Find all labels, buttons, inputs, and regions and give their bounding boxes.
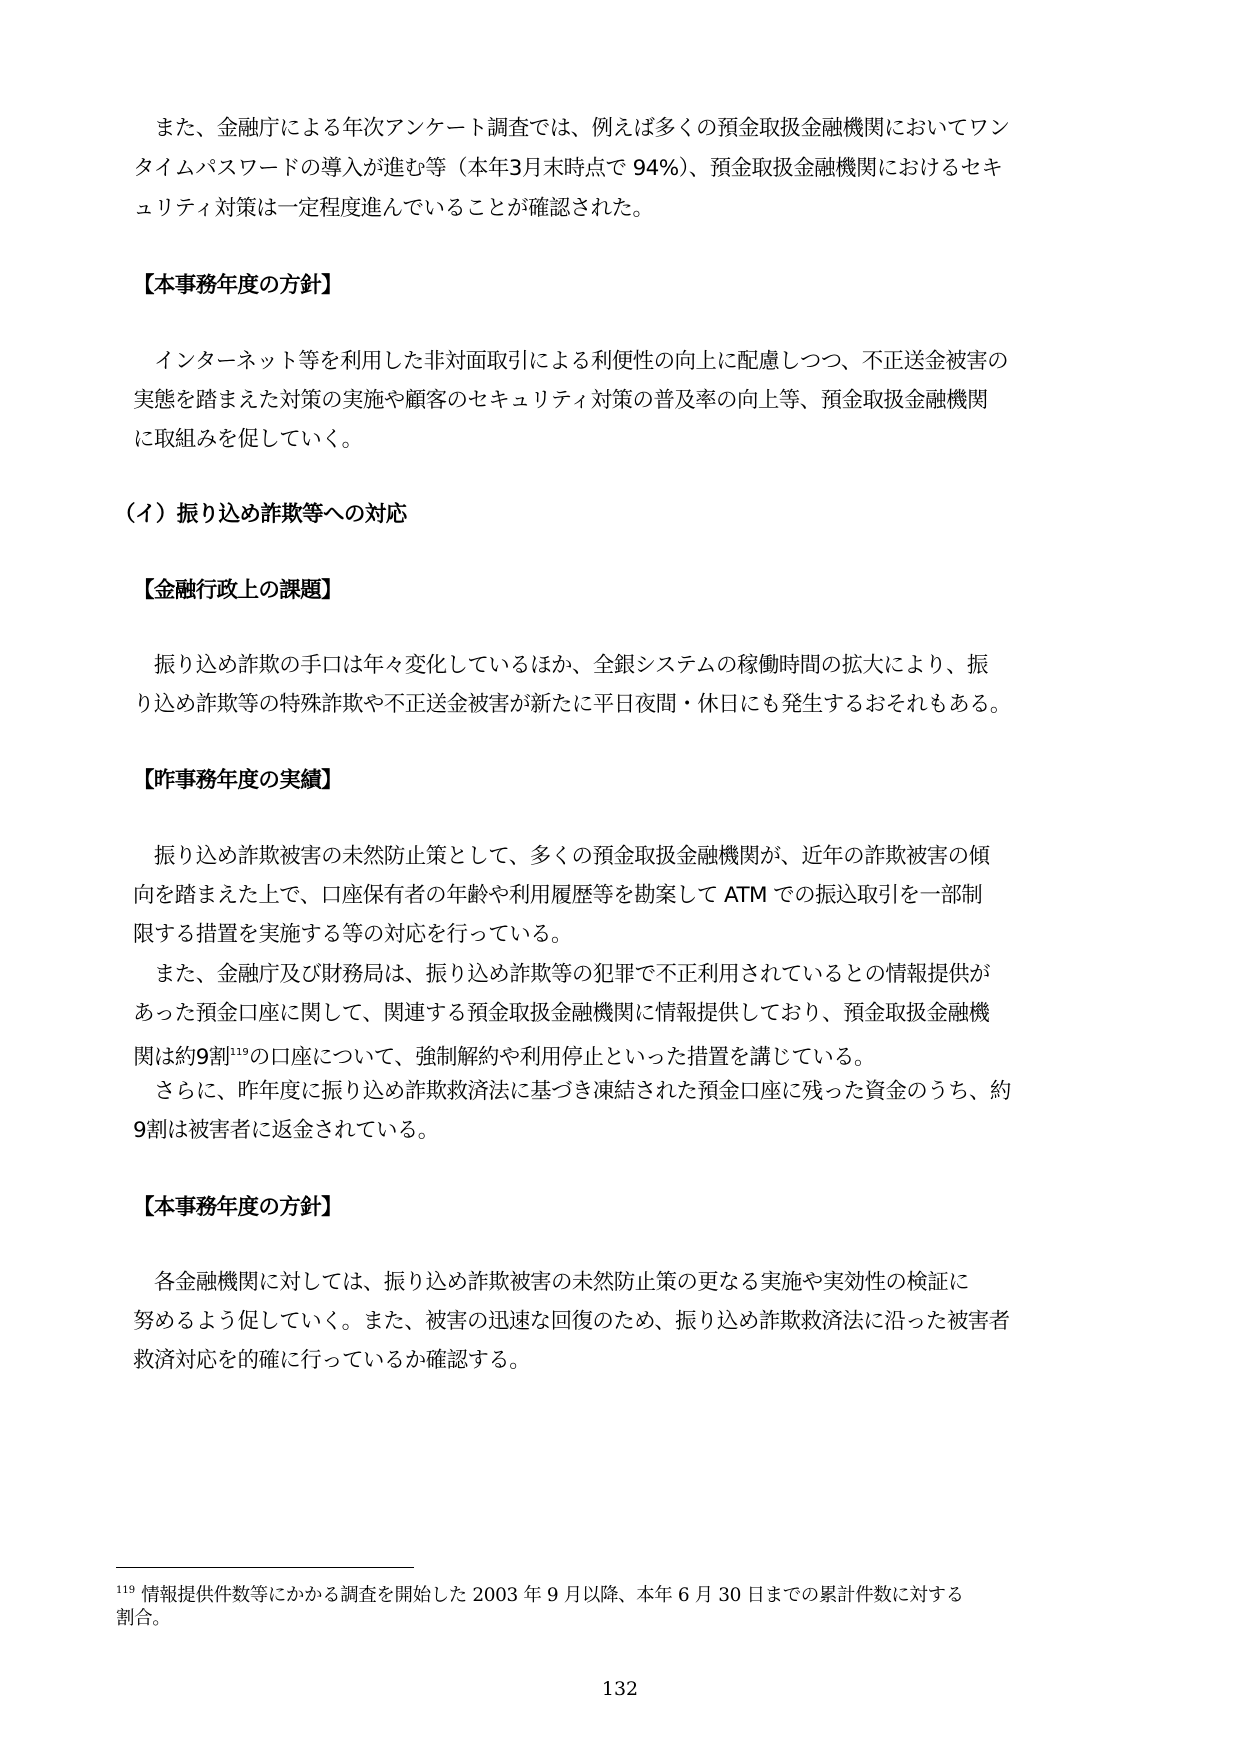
footnote-separator xyxy=(116,1567,414,1568)
paragraph-line: あった預金口座に関して、関連する預金取扱金融機関に情報提供しており、預金取扱金融… xyxy=(133,999,989,1029)
paragraph-line: 各金融機関に対しては、振り込め詐欺被害の未然防止策の更なる実施や実効性の検証に xyxy=(133,1268,969,1298)
footnote-continuation: 割合。 xyxy=(116,1606,170,1632)
paragraph-line: に取組みを促していく。 xyxy=(133,425,362,455)
footnote: 119情報提供件数等にかかる調査を開始した 2003 年 9 月以降、本年 6 … xyxy=(116,1578,964,1609)
paragraph-line: また、金融庁による年次アンケート調査では、例えば多くの預金取扱金融機関においてワ… xyxy=(133,114,1010,144)
subsection-title: （イ）振り込め詐欺等への対応 xyxy=(114,500,407,530)
paragraph-line: さらに、昨年度に振り込め詐欺救済法に基づき凍結された預金口座に残った資金のうち、… xyxy=(133,1077,1011,1107)
footnote-text-line: 情報提供件数等にかかる調査を開始した 2003 年 9 月以降、本年 6 月 3… xyxy=(141,1585,964,1606)
paragraph-line: また、金融庁及び財務局は、振り込め詐欺等の犯罪で不正利用されているとの情報提供が xyxy=(133,960,990,990)
section-heading-policy: 【本事務年度の方針】 xyxy=(133,1193,342,1223)
paragraph-line: 実態を踏まえた対策の実施や顧客のセキュリティ対策の普及率の向上等、預金取扱金融機… xyxy=(133,386,988,416)
section-heading-issues: 【金融行政上の課題】 xyxy=(133,576,342,606)
paragraph-line: ュリティ対策は一定程度進んでいることが確認された。 xyxy=(133,194,653,224)
paragraph-line: 努めるよう促していく。また、被害の迅速な回復のため、振り込め詐欺救済法に沿った被… xyxy=(133,1307,1010,1337)
paragraph-line: 振り込め詐欺の手口は年々変化しているほか、全銀システムの稼働時間の拡大により、振 xyxy=(133,651,988,681)
paragraph-line: り込め詐欺等の特殊詐欺や不正送金被害が新たに平日夜間・休日にも発生するおそれもあ… xyxy=(133,690,1011,720)
paragraph-line: 限する措置を実施する等の対応を行っている。 xyxy=(133,920,572,950)
paragraph-line: 向を踏まえた上で、口座保有者の年齢や利用履歴等を勘案して ATM での振込取引を… xyxy=(133,881,982,911)
section-heading-policy: 【本事務年度の方針】 xyxy=(133,271,342,301)
footnote-reference[interactable]: 119 xyxy=(230,1047,249,1058)
paragraph-line: タイムパスワードの導入が進む等（本年3月末時点で 94%）、預金取扱金融機関にお… xyxy=(133,154,1002,184)
paragraph-line: 9割は被害者に返金されている。 xyxy=(133,1116,439,1146)
text-segment: の口座について、強制解約や利用停止といった措置を講じている。 xyxy=(249,1045,875,1070)
paragraph-line-with-footnote: 関は約9割119の口座について、強制解約や利用停止といった措置を講じている。 xyxy=(133,1038,875,1073)
paragraph-line: 振り込め詐欺被害の未然防止策として、多くの預金取扱金融機関が、近年の詐欺被害の傾 xyxy=(133,842,989,872)
footnote-number: 119 xyxy=(116,1585,135,1596)
section-heading-results: 【昨事務年度の実績】 xyxy=(133,766,342,796)
text-segment: 関は約9割 xyxy=(133,1045,230,1070)
page-number: 132 xyxy=(0,1678,1240,1700)
paragraph-line: 救済対応を的確に行っているか確認する。 xyxy=(133,1346,530,1376)
paragraph-line: インターネット等を利用した非対面取引による利便性の向上に配慮しつつ、不正送金被害… xyxy=(133,347,1008,377)
